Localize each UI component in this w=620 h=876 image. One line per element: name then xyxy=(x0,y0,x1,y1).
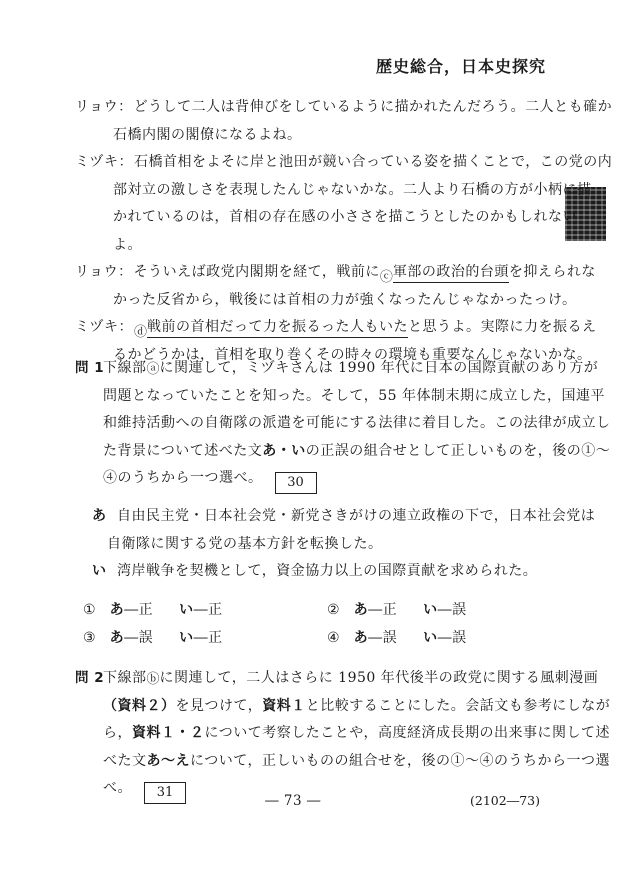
underlined-text: 軍部の政治的台頭 xyxy=(393,264,509,283)
option-4: ④あ―誤い―誤 xyxy=(327,625,467,653)
question-text: ④のうちから一つ選べ。 xyxy=(103,470,263,486)
dialog-line: 石橋内閣の閣僚になるよね。 xyxy=(75,122,575,150)
options-row: ①あ―正い―正 ②あ―正い―誤 xyxy=(83,597,573,625)
dialog-text: どうして二人は背伸びをしているように描かれたんだろう。二人とも確か xyxy=(134,99,613,115)
option-circled-number: ④ xyxy=(327,630,340,646)
dialog-text: 石橋首相をよそに岸と池田が競い合っている姿を描くことで，この党の内 xyxy=(134,154,612,170)
option-i-label: い xyxy=(179,602,194,618)
option-2: ②あ―正い―誤 xyxy=(327,597,467,625)
speaker-label: ミヅキ： xyxy=(75,154,133,170)
statement-text: 自由民主党・日本社会党・新党さきがけの連立政権の下で，日本社会党は xyxy=(117,508,595,524)
option-3: ③あ―誤い―正 xyxy=(83,625,223,653)
question-text: について，正しいものの組合せを，後の①～④のうちから一つ選 xyxy=(190,753,610,769)
answer-number-box: 30 xyxy=(275,472,317,494)
option-circled-number: ① xyxy=(83,602,96,618)
dialog-text: そういえば政党内閣期を経て，戦前に xyxy=(134,264,380,280)
statements-section: あ自由民主党・日本社会党・新党さきがけの連立政権の下で，日本社会党は 自衛隊に関… xyxy=(92,503,572,586)
underlined-text: 戦前の首相だって力を振るった人もいた xyxy=(147,319,408,338)
question-text: べた文 xyxy=(103,753,147,769)
question-line: た背景について述べた文あ・いの正誤の組合せとして正しいものを，後の①～ xyxy=(75,438,575,466)
option-i-label: い xyxy=(179,630,194,646)
option-a-label: あ xyxy=(110,630,125,646)
dialog-text: を抑えられな xyxy=(509,264,596,280)
option-i-value: ―誤 xyxy=(438,630,467,646)
statement-label: い xyxy=(92,558,117,586)
question-line: 問 1下線部ⓐに関連して，ミヅキさんは 1990 年代に日本の国際貢献のあり方が xyxy=(75,355,575,383)
question-text: を見つけて， xyxy=(176,698,263,714)
dialog-line: ミヅキ：石橋首相をよそに岸と池田が競い合っている姿を描くことで，この党の内 xyxy=(75,149,575,177)
option-a-label: あ xyxy=(354,602,369,618)
question-2: 問 2下線部ⓑに関連して，二人はさらに 1950 年代後半の政党に関する風刺漫画… xyxy=(75,665,575,803)
dialog-line: ミヅキ：ⓓ戦前の首相だって力を振るった人もいたと思うよ。実際に力を振るえ xyxy=(75,314,575,342)
question-text: の正誤の組合せとして正しいものを，後の①～ xyxy=(306,443,611,459)
page-number: ― 73 ― xyxy=(248,793,338,809)
options-grid: ①あ―正い―正 ②あ―正い―誤 ③あ―誤い―正 ④あ―誤い―誤 xyxy=(83,597,573,652)
dialog-section: リョウ：どうして二人は背伸びをしているように描かれたんだろう。二人とも確か 石橋… xyxy=(75,94,575,369)
question-line: ら，資料１・２について考察したことや，高度経済成長期の出来事に関して述 xyxy=(75,720,575,748)
question-text: ら， xyxy=(103,725,132,741)
dialog-line: よ。 xyxy=(75,232,575,260)
question-line: 和維持活動への自衛隊の派遣を可能にする法律に着目した。この法律が成立し xyxy=(75,410,575,438)
ref-mark-a: ⓐ xyxy=(147,362,160,377)
option-a-value: ―正 xyxy=(368,602,397,618)
ref-mark-b: ⓑ xyxy=(147,672,160,687)
options-row: ③あ―誤い―正 ④あ―誤い―誤 xyxy=(83,625,573,653)
option-a-label: あ xyxy=(354,630,369,646)
statement-a: あ自由民主党・日本社会党・新党さきがけの連立政権の下で，日本社会党は xyxy=(92,503,572,531)
option-i-label: い xyxy=(423,602,438,618)
option-1: ①あ―正い―正 xyxy=(83,597,223,625)
dialog-text: と思うよ。実際に力を振るえ xyxy=(408,319,597,335)
statement-i: い湾岸戦争を契機として，資金協力以上の国際貢献を求められた。 xyxy=(92,558,572,586)
option-i-value: ―正 xyxy=(194,602,223,618)
question-text: べ。 xyxy=(103,780,132,796)
question-line: （資料２）を見つけて，資料１と比較することにした。会話文も参考にしなが xyxy=(75,693,575,721)
question-text: 下線部 xyxy=(103,360,147,376)
ref-mark-c: ⓒ xyxy=(380,270,393,285)
dialog-line: リョウ：どうして二人は背伸びをしているように描かれたんだろう。二人とも確か xyxy=(75,94,575,122)
speaker-label: ミヅキ： xyxy=(75,319,133,335)
question-text: た背景について述べた文 xyxy=(103,443,262,459)
question-text: に関連して，二人はさらに 1950 年代後半の政党に関する風刺漫画 xyxy=(160,670,599,686)
option-a-label: あ xyxy=(110,602,125,618)
question-number: 問 1 xyxy=(75,355,103,383)
bold-text: 資料１・２ xyxy=(132,725,205,741)
option-circled-number: ② xyxy=(327,602,340,618)
question-line: 問題となっていたことを知った。そして，55 年体制末期に成立した，国連平 xyxy=(75,383,575,411)
dialog-line: 部対立の激しさを表現したんじゃないかな。二人より石橋の方が小柄に描 xyxy=(75,177,575,205)
dialog-line: かった反省から，戦後には首相の力が強くなったんじゃなかったっけ。 xyxy=(75,287,575,315)
ref-mark-d: ⓓ xyxy=(134,325,147,340)
option-circled-number: ③ xyxy=(83,630,96,646)
option-i-value: ―正 xyxy=(194,630,223,646)
statement-label: あ xyxy=(92,503,117,531)
booklet-code: (2102―73) xyxy=(470,793,540,808)
bold-text: （資料２） xyxy=(103,698,176,714)
question-text: に関連して，ミヅキさんは 1990 年代に日本の国際貢献のあり方が xyxy=(160,360,599,376)
question-1: 問 1下線部ⓐに関連して，ミヅキさんは 1990 年代に日本の国際貢献のあり方が… xyxy=(75,355,575,493)
question-text: について考察したことや，高度経済成長期の出来事に関して述 xyxy=(205,725,610,741)
bold-text: 資料１ xyxy=(262,698,306,714)
question-number: 問 2 xyxy=(75,665,103,693)
bold-text: あ～え xyxy=(147,753,191,769)
option-a-value: ―誤 xyxy=(368,630,397,646)
option-a-value: ―正 xyxy=(124,602,153,618)
dialog-line: リョウ：そういえば政党内閣期を経て，戦前にⓒ軍部の政治的台頭を抑えられな xyxy=(75,259,575,287)
statement-a-cont: 自衛隊に関する党の基本方針を転換した。 xyxy=(92,531,572,559)
question-text: 下線部 xyxy=(103,670,147,686)
exam-page: 歴史総合，日本史探究 リョウ：どうして二人は背伸びをしているように描かれたんだろ… xyxy=(0,0,620,876)
question-text: と比較することにした。会話文も参考にしなが xyxy=(306,698,611,714)
answer-number-box: 31 xyxy=(144,782,186,804)
page-title: 歴史総合，日本史探究 xyxy=(376,54,546,77)
option-a-value: ―誤 xyxy=(124,630,153,646)
question-line: べた文あ～えについて，正しいものの組合せを，後の①～④のうちから一つ選 xyxy=(75,748,575,776)
statement-text: 湾岸戦争を契機として，資金協力以上の国際貢献を求められた。 xyxy=(117,563,537,579)
bold-text: あ・い xyxy=(262,443,306,459)
speaker-label: リョウ： xyxy=(75,264,133,280)
question-line: 問 2下線部ⓑに関連して，二人はさらに 1950 年代後半の政党に関する風刺漫画 xyxy=(75,665,575,693)
speaker-label: リョウ： xyxy=(75,99,133,115)
dialog-line: かれているのは，首相の存在感の小ささを描こうとしたのかもしれない xyxy=(75,204,575,232)
option-i-label: い xyxy=(423,630,438,646)
option-i-value: ―誤 xyxy=(438,602,467,618)
question-line: ④のうちから一つ選べ。30 xyxy=(75,465,575,493)
